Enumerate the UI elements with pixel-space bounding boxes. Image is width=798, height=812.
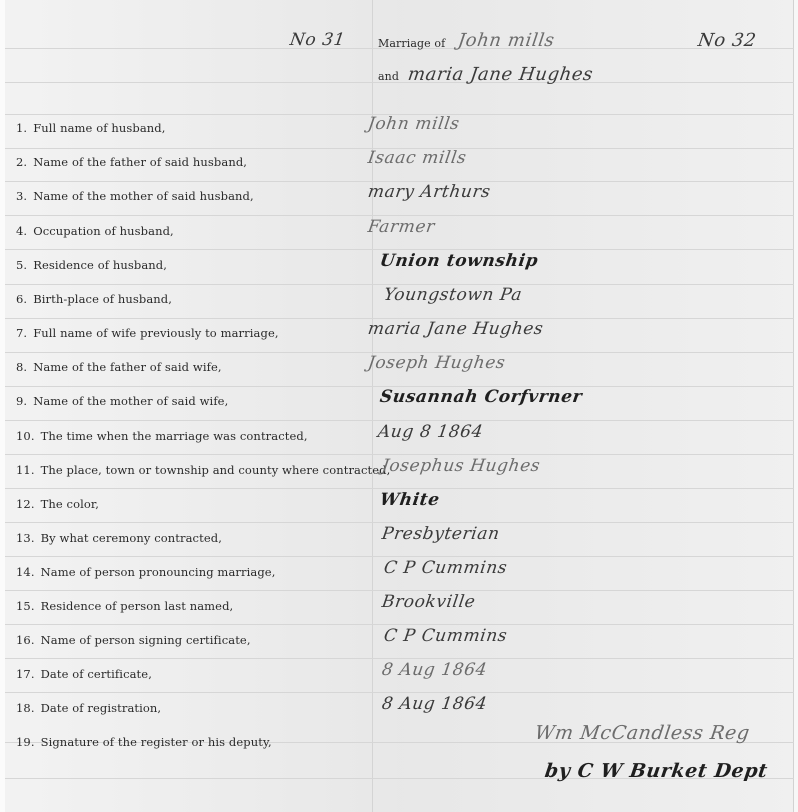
field-number: 4.: [16, 224, 27, 238]
field-number: 11.: [16, 463, 35, 477]
ruled-line: [5, 488, 794, 489]
field-label-text: Signature of the register or his deputy,: [41, 735, 272, 749]
field-label-text: By what ceremony contracted,: [41, 531, 222, 545]
field-label-text: Date of registration,: [41, 701, 162, 715]
field-value: Susannah Corfvrner: [379, 387, 584, 407]
record-number-right: No 32: [697, 30, 758, 51]
field-label-text: The color,: [41, 497, 99, 511]
field-label: 7.Full name of wife previously to marria…: [16, 326, 279, 340]
field-value: Isaac mills: [367, 148, 468, 168]
field-label-text: Residence of husband,: [33, 258, 167, 272]
field-number: 5.: [16, 258, 27, 272]
field-label-text: Birth-place of husband,: [33, 292, 172, 306]
field-label: 10.The time when the marriage was contra…: [16, 429, 308, 443]
field-number: 3.: [16, 189, 27, 203]
field-label: 5.Residence of husband,: [16, 258, 167, 272]
field-value: Youngstown Pa: [383, 285, 524, 305]
field-label-text: Name of the mother of said husband,: [33, 189, 254, 203]
field-label-text: Full name of husband,: [33, 121, 165, 135]
ruled-line: [5, 624, 794, 625]
field-value: 8 Aug 1864: [381, 660, 489, 680]
field-label: 17.Date of certificate,: [16, 667, 152, 681]
field-number: 7.: [16, 326, 27, 340]
field-label-text: Occupation of husband,: [33, 224, 174, 238]
field-value: John mills: [367, 114, 461, 134]
ruled-line: [5, 692, 794, 693]
field-label: 19.Signature of the register or his depu…: [16, 735, 272, 749]
field-label: 2.Name of the father of said husband,: [16, 155, 247, 169]
register-signature: Wm McCandless Reg: [533, 722, 751, 744]
field-value: 8 Aug 1864: [381, 694, 489, 714]
field-number: 14.: [16, 565, 35, 579]
field-label: 15.Residence of person last named,: [16, 599, 233, 613]
field-label-text: Name of the father of said husband,: [33, 155, 247, 169]
field-label-text: Name of the father of said wife,: [33, 360, 221, 374]
field-label: 16.Name of person signing certificate,: [16, 633, 251, 647]
marriage-record-page: No 31 Marriage of John mills No 32 and m…: [0, 0, 798, 812]
groom-name-header: John mills: [457, 30, 556, 51]
ruled-line: [5, 249, 794, 250]
field-value: C P Cummins: [383, 626, 509, 646]
field-number: 12.: [16, 497, 35, 511]
field-value: Union township: [379, 251, 540, 271]
field-label-text: Residence of person last named,: [41, 599, 234, 613]
field-value: Josephus Hughes: [381, 456, 542, 476]
and-label: and: [378, 70, 399, 83]
field-number: 2.: [16, 155, 27, 169]
field-label: 18.Date of registration,: [16, 701, 161, 715]
ruled-line: [5, 556, 794, 557]
field-label: 6.Birth-place of husband,: [16, 292, 172, 306]
field-value: Joseph Hughes: [367, 353, 507, 373]
field-number: 19.: [16, 735, 35, 749]
deputy-signature: by C W Burket Dept: [543, 760, 769, 782]
ruled-line: [5, 590, 794, 591]
field-value: White: [379, 490, 441, 510]
field-label: 1.Full name of husband,: [16, 121, 166, 135]
bride-name-header: maria Jane Hughes: [407, 64, 595, 85]
field-number: 18.: [16, 701, 35, 715]
field-number: 6.: [16, 292, 27, 306]
ruled-line: [5, 522, 794, 523]
field-label-text: The place, town or township and county w…: [41, 463, 391, 477]
ruled-line: [5, 215, 794, 216]
field-label: 9.Name of the mother of said wife,: [16, 394, 228, 408]
field-value: C P Cummins: [383, 558, 509, 578]
field-label: 12.The color,: [16, 497, 99, 511]
field-label: 4.Occupation of husband,: [16, 224, 174, 238]
field-number: 9.: [16, 394, 27, 408]
field-number: 1.: [16, 121, 27, 135]
field-value: Aug 8 1864: [377, 422, 485, 442]
field-label: 14.Name of person pronouncing marriage,: [16, 565, 275, 579]
field-label-text: Name of person pronouncing marriage,: [41, 565, 276, 579]
field-label-text: Name of person signing certificate,: [41, 633, 251, 647]
field-value: mary Arthurs: [367, 182, 492, 202]
field-number: 15.: [16, 599, 35, 613]
ruled-line: [5, 420, 794, 421]
field-value: Brookville: [381, 592, 477, 612]
field-value: Farmer: [367, 217, 437, 237]
field-number: 8.: [16, 360, 27, 374]
field-value: maria Jane Hughes: [367, 319, 545, 339]
marriage-of-label: Marriage of: [378, 37, 445, 50]
field-label-text: Full name of wife previously to marriage…: [33, 326, 278, 340]
field-label-text: Date of certificate,: [41, 667, 152, 681]
field-label-text: The time when the marriage was contracte…: [41, 429, 308, 443]
field-number: 10.: [16, 429, 35, 443]
field-number: 13.: [16, 531, 35, 545]
page-right-edge: [793, 0, 798, 812]
field-value: Presbyterian: [381, 524, 501, 544]
field-label: 3.Name of the mother of said husband,: [16, 189, 254, 203]
ruled-line: [5, 82, 794, 83]
field-label: 13.By what ceremony contracted,: [16, 531, 222, 545]
field-label-text: Name of the mother of said wife,: [33, 394, 228, 408]
field-number: 16.: [16, 633, 35, 647]
field-label: 11.The place, town or township and count…: [16, 463, 390, 477]
record-number-left: No 31: [289, 30, 347, 50]
page-left-edge: [0, 0, 5, 812]
ruled-line: [5, 454, 794, 455]
field-label: 8.Name of the father of said wife,: [16, 360, 222, 374]
field-number: 17.: [16, 667, 35, 681]
ruled-line: [5, 658, 794, 659]
